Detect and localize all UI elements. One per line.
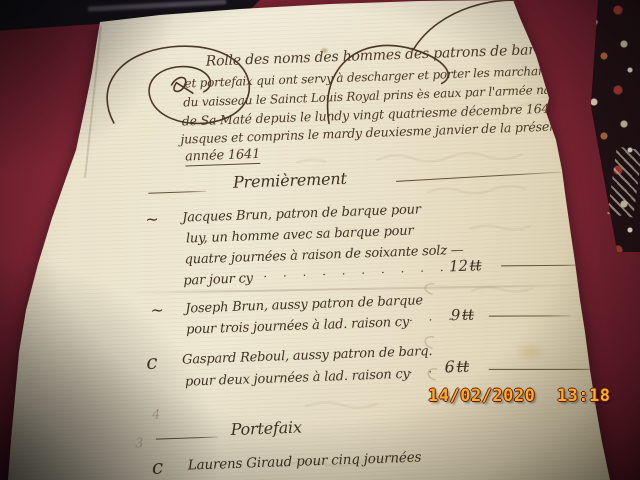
ink-bleedthrough [276, 102, 584, 468]
paper-shadow-wrap: Rolle des noms des hommes des patrons de… [0, 0, 640, 480]
amount: 9tt [450, 305, 474, 324]
amount-value: 6 [444, 357, 455, 376]
livre-unit: tt [469, 256, 481, 274]
livre-unit: tt [462, 305, 474, 323]
ghost-digit: 3 [135, 436, 144, 451]
handwritten-ink-layer: Rolle des noms des hommes des patrons de… [0, 0, 640, 480]
manuscript-paper: Rolle des noms des hommes des patrons de… [0, 0, 640, 480]
amount: 12tt [449, 256, 482, 275]
entry-mark: ~ [150, 300, 164, 319]
livre-unit: tt [456, 357, 469, 376]
amount-value: 12 [449, 257, 468, 276]
amount-rule [489, 369, 611, 370]
entry-mark: c [151, 454, 163, 478]
amount-value: 9 [450, 306, 460, 324]
entry-mark: ~ [145, 209, 159, 228]
amount: 6tt [444, 357, 469, 377]
photo-of-manuscript: Rolle des noms des hommes des patrons de… [0, 0, 640, 480]
amount-rule [489, 315, 571, 317]
entry-tail: par jour cy [183, 271, 253, 288]
section2-heading: Portefaix [230, 418, 302, 439]
ghost-digit: 4 [152, 407, 161, 422]
section1-heading: Premièrement [233, 169, 347, 192]
camera-timestamp: 14/02/2020 13:18 [428, 386, 611, 406]
para-line-date: année 1641 [185, 147, 261, 167]
paper-stain [558, 128, 569, 137]
entry-mark: c [146, 350, 158, 374]
